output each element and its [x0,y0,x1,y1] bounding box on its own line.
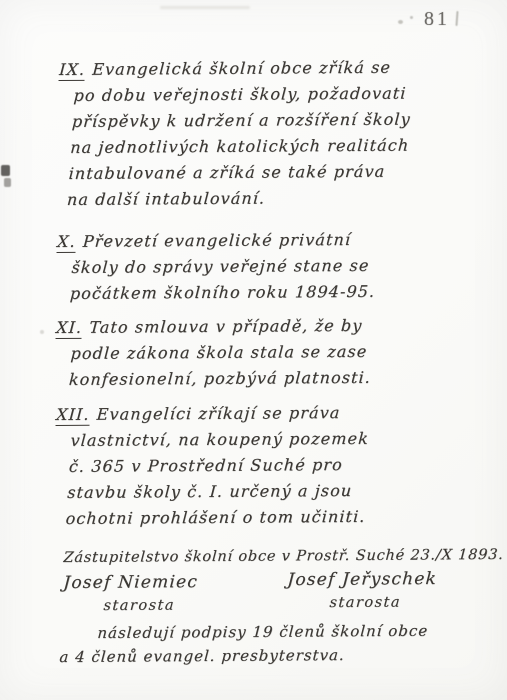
paragraph-x: X.Převzetí evangelické privátní školy do… [53,227,379,307]
handwritten-line: podle zákona škola stala se zase [54,339,374,367]
stamp-smudge [398,20,403,24]
signature-left-name: Josef Niemiec [63,572,199,593]
paragraph-xi: XI.Tato smlouva v případě, že by podle z… [52,313,375,393]
paragraph-numeral-xi: XI. [55,318,82,339]
paragraph-ix: IX.Evangelická školní obce zříká se po d… [50,55,415,214]
handwritten-line: po dobu veřejnosti školy, požadovati [57,81,414,109]
signature-right-name: Josef Jeřyschek [287,569,438,590]
handwritten-line: XI.Tato smlouva v případě, že by [55,313,375,341]
scratch-mark [455,11,458,26]
paragraph-numeral-x: X. [56,232,76,253]
handwritten-line: na další intabulování. [50,185,407,213]
handwritten-line: stavbu školy č. I. určený a jsou [50,478,368,506]
footer-note-line: a 4 členů evangel. presbyterstva. [59,646,346,666]
handwritten-line: XII.Evangelíci zříkají se práva [55,400,373,428]
handwritten-text: Tato smlouva v případě, že by [89,316,363,337]
handwritten-line: na jednotlivých katolických realitách [53,133,410,161]
signature-left-role: starosta [103,598,176,615]
ink-smudge [1,165,10,176]
handwritten-line: vlastnictví, na koupený pozemek [54,426,372,454]
handwritten-line: č. 365 v Prostřední Suché pro [52,452,370,480]
handwritten-line: intabulované a zříká se také práva [52,159,409,187]
paragraph-numeral-xii: XII. [55,405,90,426]
paragraph-xii: XII.Evangelíci zříkají se práva vlastnic… [49,400,373,532]
handwritten-line: příspěvky k udržení a rozšíření školy [55,107,412,135]
paper-shadow [160,6,250,9]
scanned-manuscript-page: 81 IX.Evangelická školní obce zříká se p… [0,0,507,700]
ink-smudge [4,178,11,187]
closing-place-date-line: Zástupitelstvo školní obce v Prostř. Suc… [63,547,504,566]
handwritten-text: Evangelická školní obce zříká se [92,58,392,79]
handwritten-text: Evangelíci zříkají se práva [96,403,341,424]
handwritten-line: školy do správy veřejné stane se [55,253,378,281]
signature-right-role: starosta [329,595,402,612]
page-number-stamp: 81 [424,8,450,31]
handwritten-line: X.Převzetí evangelické privátní [56,227,379,255]
handwritten-line: ochotni prohlášení o tom učiniti. [49,504,367,532]
stamp-smudge [410,16,413,19]
handwritten-line: konfesionelní, pozbývá platnosti. [52,365,372,393]
handwritten-line: IX.Evangelická školní obce zříká se [58,55,415,83]
paragraph-numeral-ix: IX. [58,60,85,81]
paper-speck [40,330,44,334]
footer-note-line: následují podpisy 19 členů školní obce [97,622,429,642]
handwritten-text: Převzetí evangelické privátní [82,230,352,251]
handwritten-line: počátkem školního roku 1894-95. [53,279,376,307]
